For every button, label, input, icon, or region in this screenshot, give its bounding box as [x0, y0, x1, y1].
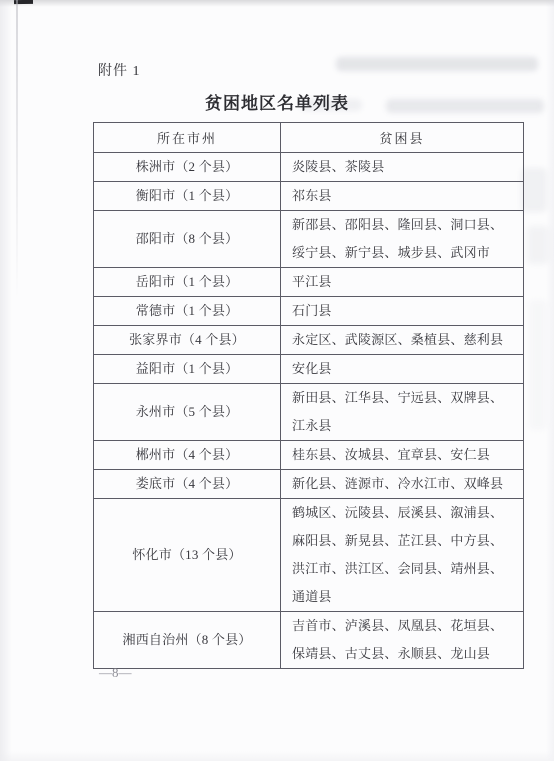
table-row: 常德市（1 个县） 石门县: [94, 297, 524, 326]
table-row: 衡阳市（1 个县） 祁东县: [94, 182, 524, 211]
table-row: 郴州市（4 个县） 桂东县、汝城县、宜章县、安仁县: [94, 441, 524, 470]
bleedthrough-artifact: [336, 57, 538, 71]
table-row: 怀化市（13 个县） 鹤城区、沅陵县、辰溪县、溆浦县、麻阳县、新晃县、芷江县、中…: [94, 499, 524, 612]
table-row: 益阳市（1 个县） 安化县: [94, 355, 524, 384]
bleedthrough-artifact: [529, 300, 547, 430]
city-cell: 怀化市（13 个县）: [94, 499, 281, 612]
city-cell: 益阳市（1 个县）: [94, 355, 281, 384]
scanned-page: 附件 1 贫困地区名单列表 所在市州 贫困县 株洲市（2 个县） 炎陵县、茶陵县…: [0, 0, 554, 761]
attachment-label: 附件 1: [98, 60, 141, 80]
table-row: 邵阳市（8 个县） 新邵县、邵阳县、隆回县、洞口县、绥宁县、新宁县、城步县、武冈…: [94, 211, 524, 268]
table-row: 岳阳市（1 个县） 平江县: [94, 268, 524, 297]
city-cell: 岳阳市（1 个县）: [94, 268, 281, 297]
header-city: 所在市州: [94, 123, 281, 153]
page-number: —8—: [99, 665, 132, 681]
counties-cell: 鹤城区、沅陵县、辰溪县、溆浦县、麻阳县、新晃县、芷江县、中方县、洪江市、洪江区、…: [281, 499, 524, 612]
counties-cell: 安化县: [281, 355, 524, 384]
counties-cell: 炎陵县、茶陵县: [281, 153, 524, 182]
city-cell: 株洲市（2 个县）: [94, 153, 281, 182]
table-row: 湘西自治州（8 个县） 吉首市、泸溪县、凤凰县、花垣县、保靖县、古丈县、永顺县、…: [94, 612, 524, 669]
counties-cell: 桂东县、汝城县、宜章县、安仁县: [281, 441, 524, 470]
header-counties: 贫困县: [281, 123, 524, 153]
counties-cell: 新田县、江华县、宁远县、双牌县、江永县: [281, 384, 524, 441]
counties-cell: 平江县: [281, 268, 524, 297]
city-cell: 常德市（1 个县）: [94, 297, 281, 326]
city-cell: 张家界市（4 个县）: [94, 326, 281, 355]
table-row: 永州市（5 个县） 新田县、江华县、宁远县、双牌县、江永县: [94, 384, 524, 441]
table-body: 株洲市（2 个县） 炎陵县、茶陵县 衡阳市（1 个县） 祁东县 邵阳市（8 个县…: [94, 153, 524, 669]
counties-cell: 祁东县: [281, 182, 524, 211]
counties-cell: 新邵县、邵阳县、隆回县、洞口县、绥宁县、新宁县、城步县、武冈市: [281, 211, 524, 268]
scan-crease-line: [16, 0, 18, 300]
table-row: 娄底市（4 个县） 新化县、涟源市、冷水江市、双峰县: [94, 470, 524, 499]
counties-cell: 石门县: [281, 297, 524, 326]
bleedthrough-artifact: [521, 168, 547, 212]
counties-cell: 永定区、武陵源区、桑植县、慈利县: [281, 326, 524, 355]
table-row: 株洲市（2 个县） 炎陵县、茶陵县: [94, 153, 524, 182]
city-cell: 湘西自治州（8 个县）: [94, 612, 281, 669]
table-header-row: 所在市州 贫困县: [94, 123, 524, 153]
poverty-area-table: 所在市州 贫困县 株洲市（2 个县） 炎陵县、茶陵县 衡阳市（1 个县） 祁东县…: [93, 122, 524, 669]
city-cell: 衡阳市（1 个县）: [94, 182, 281, 211]
page-title: 贫困地区名单列表: [0, 89, 554, 114]
bleedthrough-artifact: [527, 226, 549, 264]
counties-cell: 新化县、涟源市、冷水江市、双峰县: [281, 470, 524, 499]
city-cell: 娄底市（4 个县）: [94, 470, 281, 499]
table-row: 张家界市（4 个县） 永定区、武陵源区、桑植县、慈利县: [94, 326, 524, 355]
city-cell: 邵阳市（8 个县）: [94, 211, 281, 268]
city-cell: 永州市（5 个县）: [94, 384, 281, 441]
city-cell: 郴州市（4 个县）: [94, 441, 281, 470]
counties-cell: 吉首市、泸溪县、凤凰县、花垣县、保靖县、古丈县、永顺县、龙山县: [281, 612, 524, 669]
